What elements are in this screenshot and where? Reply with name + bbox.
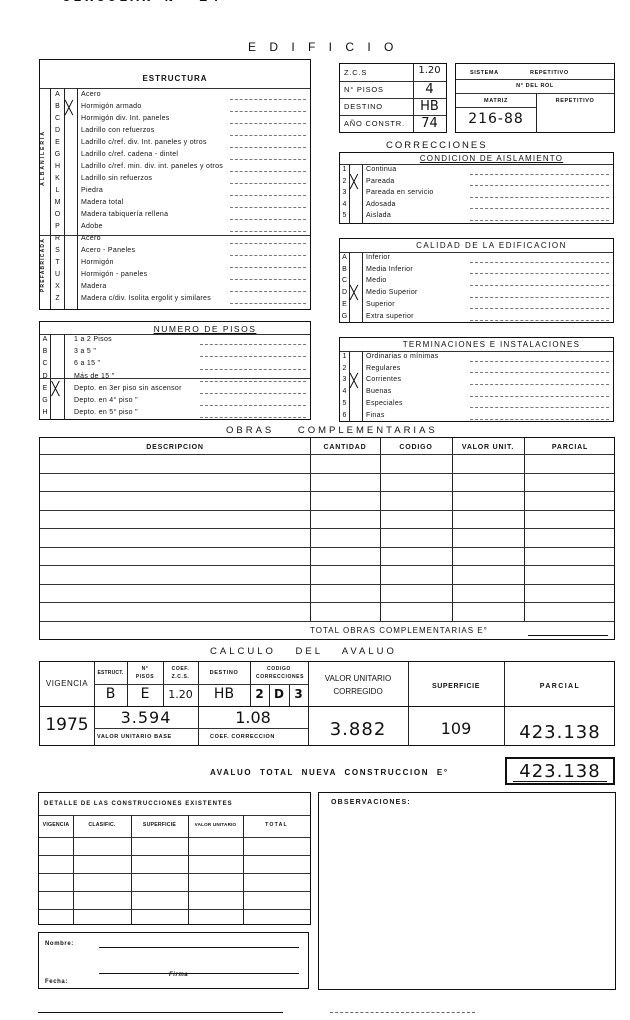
estructura-option[interactable]: XMadera [40,282,310,294]
checkbox[interactable]: ╳ [50,384,64,396]
option-label: Piedra [81,187,103,194]
numero-pisos-option[interactable]: DMás de 15 " [40,372,310,384]
obras-column-header: VALOR UNIT. [452,444,524,451]
aislamiento-option[interactable]: 5Aislada [340,211,613,223]
rol-label: N° DEL ROL [456,83,614,89]
estructura-option[interactable]: THormigón [40,258,310,270]
option-label: Ladrillo sin refuerzos [81,175,152,182]
x-mark-icon: ╳ [65,102,73,115]
observaciones-section: OBSERVACIONES: [318,792,616,990]
calidad-option[interactable]: CMedio [340,276,613,288]
parcial-header: PARCIAL [504,683,616,690]
checkbox[interactable] [64,222,77,234]
terminaciones-option[interactable]: 2Regulares [340,364,613,376]
option-code: C [40,360,50,367]
estructura-option[interactable]: KLadrillo sin refuerzos [40,174,310,186]
option-code: D [40,373,50,380]
option-label: Ladrillo c/ref. min. div. int. paneles y… [81,163,223,170]
checkbox[interactable] [64,138,77,150]
checkbox[interactable] [349,399,362,411]
estructura-title: ESTRUCTURA [40,74,310,83]
circular-header: CIRCULAR N° 14 [62,0,222,6]
estructura-option[interactable]: B╳Hormigón armado [40,102,310,114]
option-code: B [40,348,50,355]
summary-value[interactable]: 1.20 [413,65,446,76]
aislamiento-title: CONDICION DE AISLAMIENTO [370,154,613,163]
option-code: E [40,385,50,392]
option-code: Z [51,295,64,302]
option-label: Aislada [366,212,391,219]
option-code: G [340,313,349,320]
obras-row[interactable] [40,454,614,473]
terminaciones-title: TERMINACIONES E INSTALACIONES [370,340,613,349]
option-label: Medio [366,277,387,284]
numero-pisos-option[interactable]: HDepto. en 5° piso " [40,408,310,420]
summary-label: Z.C.S [344,68,367,77]
aislamiento-section: CONDICION DE AISLAMIENTO 1Continua2╳Pare… [339,152,614,224]
option-label: Medio Superior [366,289,418,296]
firma-field[interactable] [99,973,299,974]
calidad-section: CALIDAD DE LA EDIFICACION AInferiorBMedi… [339,238,614,323]
detalle-row[interactable] [39,873,310,891]
checkbox[interactable] [349,300,362,312]
option-label: 6 a 15 " [74,360,100,367]
checkbox[interactable] [349,312,362,324]
option-label: Continua [366,166,396,173]
option-code: 6 [340,412,349,419]
option-code: E [340,301,349,308]
numero-pisos-option[interactable]: B3 a 5 " [40,347,310,359]
option-code: E [51,139,64,146]
option-label: Media Inferior [366,266,413,273]
obras-row[interactable] [40,602,614,621]
repetitivo-col-label: REPETITIVO [536,98,614,104]
option-label: Extra superior [366,313,414,320]
checkbox[interactable] [64,294,77,306]
option-label: Madera c/div. Isolita ergolit y similare… [81,295,211,302]
estruct-value[interactable]: B [94,686,127,702]
option-label: Depto. en 3er piso sin ascensor [74,385,182,392]
numero-pisos-section: NUMERO DE PISOS A1 a 2 PisosB3 a 5 "C6 a… [39,321,311,420]
option-code: X [51,283,64,290]
obras-column-header: DESCRIPCION [40,444,310,451]
option-code: H [51,163,64,170]
option-code: M [51,199,64,206]
checkbox[interactable] [349,253,362,265]
option-code: A [51,91,64,98]
estructura-option[interactable]: AAcero [40,90,310,102]
vigencia-value[interactable]: 1975 [40,715,94,735]
estructura-option[interactable]: HLadrillo c/ref. min. div. int. paneles … [40,162,310,174]
aislamiento-option[interactable]: 2╳Pareada [340,177,613,189]
option-code: T [51,259,64,266]
option-label: Corrientes [366,376,401,383]
estructura-option[interactable]: LPiedra [40,186,310,198]
codigo-1-value[interactable]: 2 [250,687,269,701]
option-code: 1 [340,166,349,173]
codigo-3-value[interactable]: 3 [289,687,308,701]
detalle-column-header: VIGENCIA [39,822,73,828]
checkbox[interactable] [64,234,77,246]
estructura-option[interactable]: DLadrillo con refuerzos [40,126,310,138]
estructura-option[interactable]: PAdobe [40,222,310,234]
numero-pisos-option[interactable]: C6 a 15 " [40,359,310,371]
calidad-title: CALIDAD DE LA EDIFICACION [370,241,613,250]
detalle-row[interactable] [39,855,310,873]
correcciones-title: CORRECCIONES [386,140,488,151]
option-code: 1 [340,353,349,360]
fecha-label: Fecha: [45,979,68,985]
checkbox[interactable] [64,282,77,294]
estructura-option[interactable]: UHormigón - paneles [40,270,310,282]
option-label: Acero [81,91,101,98]
option-label: Ladrillo c/ref. div. Int. paneles y otro… [81,139,207,146]
x-mark-icon: ╳ [350,375,358,388]
nombre-label: Nombre: [45,941,74,947]
estructura-option[interactable]: ZMadera c/div. Isolita ergolit y similar… [40,294,310,306]
terminaciones-option[interactable]: 6Finas [340,411,613,423]
option-label: Acero - Paneles [81,247,135,254]
detalle-column-header: SUPERFICIE [131,822,188,828]
calidad-option[interactable]: AInferior [340,253,613,265]
estructura-option[interactable]: MMadera total [40,198,310,210]
option-label: Ordinarias o mínimas [366,353,439,360]
calculo-title: CALCULO DEL AVALUO [210,646,397,657]
estructura-option[interactable]: SAcero - Paneles [40,246,310,258]
observaciones-title: OBSERVACIONES: [331,799,411,806]
detalle-column-header: CLASIFIC. [73,822,131,828]
codigo-2-value[interactable]: D [269,687,289,701]
checkbox[interactable] [64,246,77,258]
avaluo-total-label: AVALUO TOTAL NUEVA CONSTRUCCION E° [210,768,449,777]
estructura-option[interactable]: GLadrillo c/ref. cadena - dintel [40,150,310,162]
option-label: Hormigón div. Int. paneles [81,115,170,122]
option-label: Madera tabiquería rellena [81,211,168,218]
estructura-option[interactable]: ELadrillo c/ref. div. Int. paneles y otr… [40,138,310,150]
estructura-option[interactable]: CHormigón div. Int. paneles [40,114,310,126]
firma-section: Nombre: Firma Fecha: [38,932,309,989]
option-label: Regulares [366,365,401,372]
edificio-title: E D I F I C I O [248,40,398,54]
x-mark-icon: ╳ [350,287,358,300]
checkbox[interactable] [349,411,362,423]
option-label: Pareada en servicio [366,189,434,196]
obras-row[interactable] [40,473,614,492]
checkbox[interactable] [64,126,77,138]
obras-title: OBRAS COMPLEMENTARIAS [226,425,438,436]
option-code: R [51,235,64,242]
summary-value[interactable]: 4 [413,82,446,97]
option-code: A [340,254,349,261]
option-code: 3 [340,376,349,383]
checkbox[interactable] [349,211,362,223]
firma-label: Firma [169,972,188,978]
option-code: 4 [340,388,349,395]
checkbox[interactable] [349,188,362,200]
repetitivo-label: REPETITIVO [530,70,569,76]
numero-pisos-option[interactable]: A1 a 2 Pisos [40,335,310,347]
option-code: 5 [340,212,349,219]
detalle-row[interactable] [39,837,310,855]
option-label: 1 a 2 Pisos [74,336,112,343]
detalle-row[interactable] [39,909,310,927]
summary-value[interactable]: 74 [413,116,446,131]
coef-correccion-label: COEF. CORRECCION [210,734,275,740]
obras-total-field[interactable] [528,635,608,636]
option-code: C [51,115,64,122]
valor-unitario-base-value[interactable]: 3.594 [94,708,198,727]
summary-section: Z.C.S1.20N° PISOS4DESTINOHBAÑO CONSTR.74 [339,63,447,133]
obras-row[interactable] [40,510,614,529]
checkbox[interactable]: ╳ [349,288,362,300]
option-code: 4 [340,201,349,208]
rol-section: SISTEMA REPETITIVO N° DEL ROL MATRIZ REP… [455,63,615,133]
option-label: Acero [81,235,101,242]
obras-column-header: PARCIAL [524,444,616,451]
checkbox[interactable]: ╳ [64,102,77,114]
option-label: Madera total [81,199,124,206]
option-code: S [51,247,64,254]
checkbox[interactable] [50,359,64,371]
option-label: Pareada [366,178,395,185]
superficie-value[interactable]: 109 [408,719,504,738]
option-code: A [40,336,50,343]
matriz-value[interactable]: 216-88 [456,111,536,127]
option-code: B [51,103,64,110]
option-label: Madera [81,283,107,290]
detalle-section: DETALLE DE LAS CONSTRUCCIONES EXISTENTES… [38,792,311,925]
option-label: Hormigón - paneles [81,271,148,278]
option-label: Más de 15 " [74,373,114,380]
option-code: D [340,289,349,296]
coef-correccion-value[interactable]: 1.08 [198,708,308,727]
option-code: 5 [340,400,349,407]
terminaciones-section: TERMINACIONES E INSTALACIONES 1Ordinaria… [339,337,614,422]
x-mark-icon: ╳ [52,383,60,396]
detalle-title: DETALLE DE LAS CONSTRUCCIONES EXISTENTES [44,801,233,807]
summary-label: AÑO CONSTR. [344,119,405,128]
checkbox[interactable] [64,186,77,198]
vigencia-header: VIGENCIA [40,679,94,688]
destino-header: DESTINO [198,670,250,676]
checkbox[interactable] [50,347,64,359]
superficie-header: SUPERFICIE [408,683,504,690]
option-code: U [51,271,64,278]
numero-pisos-option[interactable]: GDepto. en 4° piso " [40,396,310,408]
option-code: K [51,175,64,182]
numero-pisos-option[interactable]: E╳Depto. en 3er piso sin ascensor [40,384,310,396]
option-label: Especiales [366,400,403,407]
checkbox[interactable] [64,210,77,222]
calidad-option[interactable]: GExtra superior [340,312,613,324]
valor-unitario-corregido-value[interactable]: 3.882 [308,719,408,740]
checkbox[interactable] [64,258,77,270]
destino-value[interactable]: HB [198,686,250,702]
option-label: Finas [366,412,385,419]
estructura-section: ESTRUCTURA ALBAÑILERIA PREFABRICADA AAce… [39,59,311,310]
option-code: C [340,277,349,284]
coef-zcs-header: COEF. Z.C.S. [163,665,198,681]
checkbox[interactable] [349,200,362,212]
option-code: H [40,409,50,416]
option-code: 2 [340,178,349,185]
option-code: G [51,151,64,158]
sistema-label: SISTEMA [470,70,499,76]
aislamiento-option[interactable]: 1Continua [340,165,613,177]
checkbox[interactable] [50,335,64,347]
calculo-table: VIGENCIA ESTRUCT. N° PISOS COEF. Z.C.S. … [39,661,615,746]
terminaciones-option[interactable]: 4Buenas [340,387,613,399]
option-label: Inferior [366,254,390,261]
option-code: 3 [340,189,349,196]
calidad-option[interactable]: BMedia Inferior [340,265,613,277]
parcial-value[interactable]: 423.138 [504,722,616,743]
option-label: Hormigón [81,259,114,266]
checkbox[interactable] [349,387,362,399]
detalle-row[interactable] [39,891,310,909]
valor-unitario-corregido-header: VALOR UNITARIO CORREGIDO [308,672,408,698]
checkbox[interactable] [64,150,77,162]
option-code: P [51,223,64,230]
checkbox[interactable] [64,270,77,282]
option-label: Adobe [81,223,103,230]
n-pisos-value[interactable]: E [127,686,163,702]
checkbox[interactable]: ╳ [349,177,362,189]
obras-column-header: CODIGO [380,444,452,451]
option-code: 2 [340,365,349,372]
obras-row[interactable] [40,491,614,510]
aislamiento-option[interactable]: 3Pareada en servicio [340,188,613,200]
checkbox[interactable] [64,174,77,186]
avaluo-total-value[interactable]: 423.138 [507,761,613,782]
obras-row[interactable] [40,528,614,547]
observaciones-field[interactable] [329,813,605,979]
option-label: Superior [366,301,395,308]
nombre-field[interactable] [99,947,299,948]
option-label: Ladrillo c/ref. cadena - dintel [81,151,178,158]
detalle-column-header: TOTAL [243,822,310,828]
obras-table: DESCRIPCIONCANTIDADCODIGOVALOR UNIT.PARC… [39,437,615,640]
option-code: G [40,397,50,404]
terminaciones-option[interactable]: 1Ordinarias o mínimas [340,352,613,364]
calidad-option[interactable]: ESuperior [340,300,613,312]
summary-label: DESTINO [344,102,383,111]
option-label: Hormigón armado [81,103,142,110]
checkbox[interactable] [64,198,77,210]
matriz-label: MATRIZ [456,98,536,104]
checkbox[interactable] [64,114,77,126]
terminaciones-option[interactable]: 3╳Corrientes [340,375,613,387]
estructura-option[interactable]: RAcero [40,234,310,246]
option-label: Buenas [366,388,392,395]
estruct-header: ESTRUCT. [94,670,127,676]
obras-row[interactable] [40,584,614,603]
option-code: D [51,127,64,134]
avaluo-total-box: 423.138 [505,757,615,785]
detalle-column-header: VALOR UNITARIO [188,822,243,827]
summary-label: N° PISOS [344,85,384,94]
checkbox[interactable]: ╳ [349,375,362,387]
numero-pisos-title: NUMERO DE PISOS [100,324,310,334]
obras-column-header: CANTIDAD [310,444,380,451]
calidad-option[interactable]: D╳Medio Superior [340,288,613,300]
estructura-option[interactable]: OMadera tabiquería rellena [40,210,310,222]
obras-row[interactable] [40,565,614,584]
terminaciones-option[interactable]: 5Especiales [340,399,613,411]
checkbox[interactable] [64,162,77,174]
option-code: O [51,211,64,218]
option-label: Depto. en 5° piso " [74,409,138,416]
valor-unitario-base-label: VALOR UNITARIO BASE [97,734,172,740]
checkbox[interactable] [349,265,362,277]
checkbox[interactable] [50,396,64,408]
x-mark-icon: ╳ [350,176,358,189]
obras-total-label: TOTAL OBRAS COMPLEMENTARIAS E° [310,626,488,635]
option-label: 3 a 5 " [74,348,96,355]
checkbox[interactable] [50,408,64,420]
n-pisos-header: N° PISOS [127,665,163,681]
codigo-correcciones-header: CODIGO CORRECCIONES [250,665,308,681]
option-label: Ladrillo con refuerzos [81,127,155,134]
checkbox[interactable] [349,352,362,364]
aislamiento-option[interactable]: 4Adosada [340,200,613,212]
option-code: B [340,266,349,273]
option-label: Depto. en 4° piso " [74,397,138,404]
option-code: L [51,187,64,194]
obras-row[interactable] [40,547,614,566]
coef-zcs-value[interactable]: 1.20 [163,688,198,701]
option-label: Adosada [366,201,396,208]
summary-value[interactable]: HB [413,99,446,114]
